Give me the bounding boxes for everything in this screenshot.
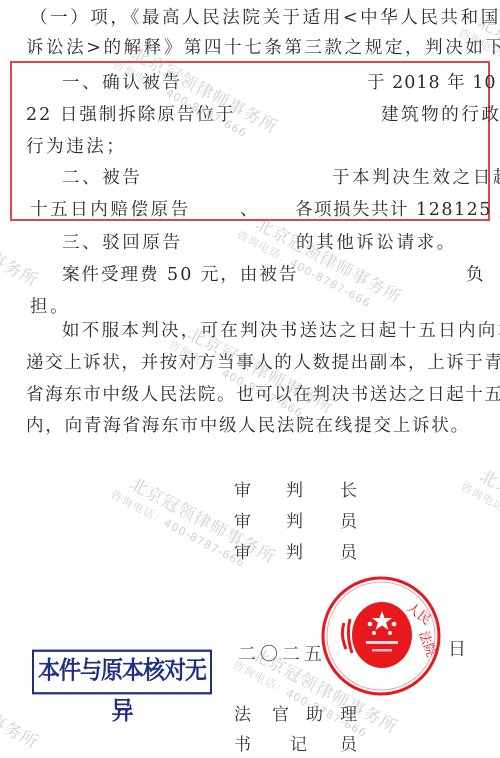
clerk-char: 记 bbox=[290, 735, 307, 755]
sig-char: 判 bbox=[286, 543, 303, 563]
appeal-line-1: 如不服本判决，可在判决书送达之日起十五日内向本院 bbox=[62, 321, 500, 341]
judgment-date: 二〇二五 bbox=[238, 640, 326, 666]
item1-label: 一、确认被告 bbox=[62, 73, 183, 93]
sig-char: 审 bbox=[234, 543, 251, 563]
sig-char: 审 bbox=[234, 481, 251, 501]
sig-char: 员 bbox=[340, 543, 357, 563]
item1-line3: 行为违法； bbox=[26, 137, 127, 157]
judgment-date-tail: 日 bbox=[448, 640, 466, 660]
sig-char: 判 bbox=[286, 512, 303, 532]
sig-char: 长 bbox=[340, 481, 357, 501]
court-seal-icon: 人民 法院 bbox=[318, 573, 444, 699]
svg-text:法院: 法院 bbox=[415, 629, 439, 659]
clerk-char: 员 bbox=[340, 735, 357, 755]
watermark: 北京冠领律师事务所 咨询电话：400-8787-666 bbox=[119, 470, 281, 582]
item3-right: 的其他诉讼请求。 bbox=[296, 233, 457, 253]
appeal-line-2: 递交上诉状，并按对方当事人的人数提出副本，上诉于青海 bbox=[26, 353, 500, 373]
appeal-line-4: 内，向青海省海东市中级人民法院在线提交上诉状。 bbox=[26, 416, 470, 436]
clerk-char: 助 bbox=[306, 705, 323, 725]
item1-date: 于 2018 年 10 月 bbox=[367, 73, 500, 93]
fee-line-right: 负 bbox=[466, 265, 486, 285]
item1-line2-right: 建筑物的行政 bbox=[381, 105, 500, 125]
clerk-char: 法 bbox=[234, 705, 251, 725]
copy-verified-stamp: 本件与原本核对无异 bbox=[32, 650, 212, 695]
clerk-char: 理 bbox=[340, 705, 357, 725]
sig-char: 审 bbox=[234, 512, 251, 532]
clerk-char: 官 bbox=[272, 705, 289, 725]
intro-line-1: （一）项，《最高人民法院关于适用<中华人民共和国行政 bbox=[30, 8, 500, 28]
sig-char: 员 bbox=[340, 512, 357, 532]
judgment-document-page: （一）项，《最高人民法院关于适用<中华人民共和国行政 诉讼法>的解释》第四十七条… bbox=[0, 0, 500, 758]
watermark: 北京冠领律师事务所 咨询电话：400-8787-666 bbox=[469, 462, 500, 574]
sig-char: 判 bbox=[286, 481, 303, 501]
item2-line2-mid: 、 bbox=[240, 200, 260, 220]
fee-line-2: 担。 bbox=[30, 297, 70, 317]
item2-amount: 各项损失共计 128125 元； bbox=[295, 200, 500, 220]
item2-line2-left: 十五日内赔偿原告 bbox=[30, 200, 191, 220]
item1-line2-left: 22 日强制拆除原告位于 bbox=[26, 105, 235, 125]
item2-label: 二、被告 bbox=[62, 168, 142, 188]
item3-left: 三、驳回原告 bbox=[62, 233, 183, 253]
appeal-line-3: 省海东市中级人民法院。也可以在判决书送达之日起十五日 bbox=[26, 385, 500, 405]
watermark-fragment: 事务所 -666 bbox=[0, 244, 44, 303]
intro-line-2: 诉讼法>的解释》第四十七条第三款之规定，判决如下： bbox=[26, 38, 500, 58]
clerk-char: 书 bbox=[234, 735, 251, 755]
item2-line1-right: 于本判决生效之日起 bbox=[332, 168, 500, 188]
watermark-fragment: 事务所 -666 bbox=[0, 706, 44, 758]
fee-line: 案件受理费 50 元，由被告 bbox=[62, 265, 298, 285]
